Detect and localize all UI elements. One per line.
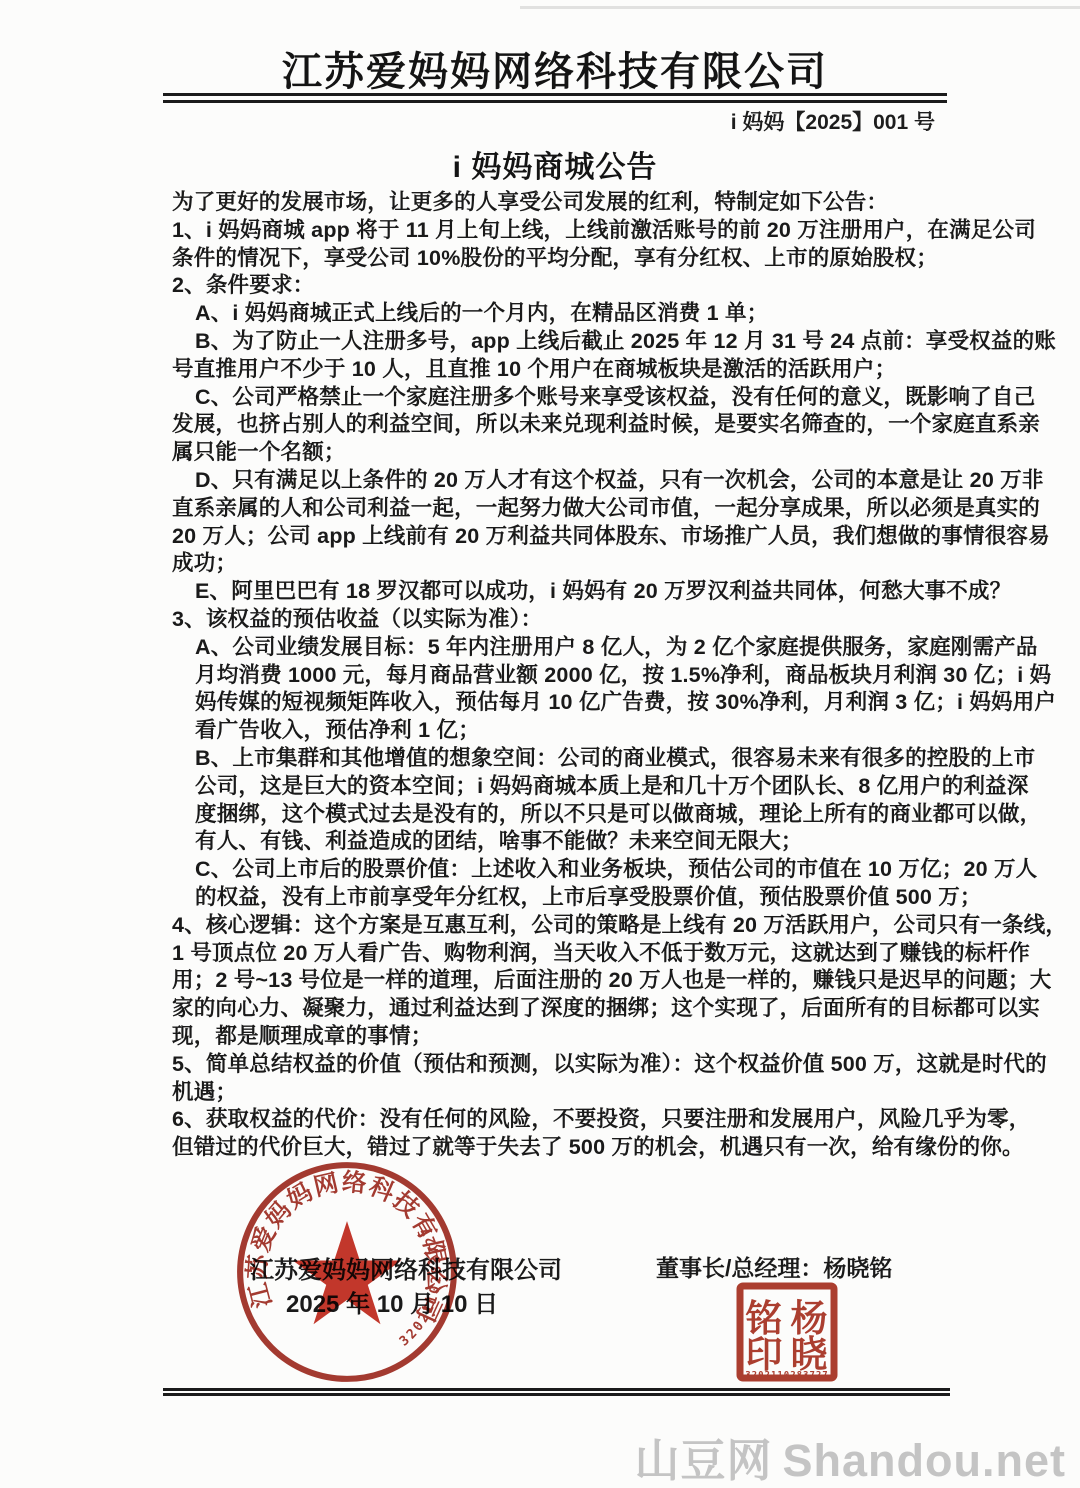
body-line: A、i 妈妈商城正式上线后的一个月内，在精品区消费 1 单； (172, 300, 954, 328)
body-line: 发展，也挤占别人的利益空间，所以未来兑现利益时候，是要实名筛查的，一个家庭直系亲 (172, 411, 954, 439)
body-line: E、阿里巴巴有 18 罗汉都可以成功，i 妈妈有 20 万罗汉利益共同体，何愁大… (172, 578, 954, 606)
square-seal-char-yin: 印 (746, 1334, 783, 1375)
body-line: 1 号顶点位 20 万人看广告、购物利润，当天收入不低于数万元，这就达到了赚钱的… (172, 940, 954, 968)
document-number: i 妈妈【2025】001 号 (731, 106, 935, 136)
body-line: 度捆绑，这个模式过去是没有的，所以不只是可以做商城，理论上所有的商业都可以做， (172, 801, 954, 829)
body-line: 条件的情况下，享受公司 10%股份的平均分配，享有分红权、上市的原始股权； (172, 245, 954, 273)
watermark-cn: 山豆网 (635, 1435, 773, 1486)
body-line: A、公司业绩发展目标：5 年内注册用户 8 亿人，为 2 亿个家庭提供服务，家庭… (172, 634, 954, 662)
square-seal-char-yang: 杨 (791, 1298, 828, 1339)
footer-double-rule (163, 1388, 950, 1396)
document-body: 为了更好的发展市场，让更多的人享受公司发展的红利，特制定如下公告：1、i 妈妈商… (172, 189, 954, 1162)
square-seal-char-ming: 铭 (746, 1298, 783, 1339)
body-line: B、为了防止一人注册多号，app 上线后截止 2025 年 12 月 31 号 … (172, 328, 954, 356)
body-line: 5、简单总结权益的价值（预估和预测，以实际为准）：这个权益价值 500 万，这就… (172, 1051, 954, 1079)
body-line: 为了更好的发展市场，让更多的人享受公司发展的红利，特制定如下公告： (172, 189, 954, 217)
body-line: 现，都是顺理成章的事情； (172, 1023, 954, 1051)
body-line: 属只能一个名额； (172, 439, 954, 467)
body-line: 3、该权益的预估收益（以实际为准）： (172, 606, 954, 634)
watermark: 山豆网Shandou.net (635, 1424, 1067, 1488)
square-seal-code: 3202110283727 (745, 1371, 828, 1381)
body-line: C、公司严格禁止一个家庭注册多个账号来享受该权益，没有任何的意义，既影响了自己 (172, 384, 954, 412)
body-line: 4、核心逻辑：这个方案是互惠互利，公司的策略是上线有 20 万活跃用户，公司只有… (172, 912, 954, 940)
body-line: 公司，这是巨大的资本空间；i 妈妈商城本质上是和几十万个团队长、8 亿用户的利益… (172, 773, 954, 801)
body-line: 1、i 妈妈商城 app 将于 11 月上旬上线，上线前激活账号的前 20 万注… (172, 217, 954, 245)
round-company-seal: 江苏爱妈妈网络科技有限公司 3202110283727 (233, 1158, 461, 1386)
star-icon (293, 1221, 402, 1324)
body-line: 2、条件要求： (172, 272, 954, 300)
body-line: 机遇； (172, 1079, 954, 1107)
body-line: 看广告收入，预估净利 1 亿； (172, 717, 954, 745)
body-line: B、上市集群和其他增值的想象空间：公司的商业模式，很容易未来有很多的控股的上市 (172, 745, 954, 773)
body-line: 号直推用户不少于 10 人，且直推 10 个用户在商城板块是激活的活跃用户； (172, 356, 954, 384)
document-page: 江苏爱妈妈网络科技有限公司 i 妈妈【2025】001 号 i 妈妈商城公告 为… (0, 0, 1080, 1488)
body-line: 有人、有钱、利益造成的团结，啥事不能做？未来空间无限大； (172, 828, 954, 856)
body-line: 用；2 号~13 号位是一样的道理，后面注册的 20 万人也是一样的，赚钱只是迟… (172, 967, 954, 995)
scan-artifact-line (520, 6, 1080, 9)
body-line: 直系亲属的人和公司利益一起，一起努力做大公司市值，一起分享成果，所以必须是真实的 (172, 495, 954, 523)
body-line: 的权益，没有上市前享受年分红权，上市后享受股票价值，预估股票价值 500 万； (172, 884, 954, 912)
signature-director-line: 董事长/总经理：杨晓铭 (656, 1250, 892, 1283)
body-line: 6、获取权益的代价：没有任何的风险，不要投资，只要注册和发展用户，风险几乎为零， (172, 1106, 954, 1134)
body-line: 成功； (172, 550, 954, 578)
header-double-rule (163, 93, 947, 103)
body-line: 妈传媒的短视频矩阵收入，预估每月 10 亿广告费，按 30%净利，月利润 3 亿… (172, 689, 954, 717)
body-line: 20 万人；公司 app 上线前有 20 万利益共同体股东、市场推广人员，我们想… (172, 523, 954, 551)
body-line: D、只有满足以上条件的 20 万人才有这个权益，只有一次机会，公司的本意是让 2… (172, 467, 954, 495)
body-line: C、公司上市后的股票价值：上述收入和业务板块，预估公司的市值在 10 万亿；20… (172, 856, 954, 884)
square-name-seal: 铭 杨 印 晓 3202110283727 (734, 1281, 840, 1387)
body-line: 家的向心力、凝聚力，通过利益达到了深度的捆绑；这个实现了，后面所有的目标都可以实 (172, 995, 954, 1023)
announcement-heading: i 妈妈商城公告 (163, 142, 947, 186)
watermark-en: Shandou.net (783, 1435, 1066, 1486)
square-seal-char-xiao: 晓 (791, 1334, 828, 1375)
body-line: 月均消费 1000 元，每月商品营业额 2000 亿，按 1.5%净利，商品板块… (172, 662, 954, 690)
company-title: 江苏爱妈妈网络科技有限公司 (163, 40, 947, 97)
